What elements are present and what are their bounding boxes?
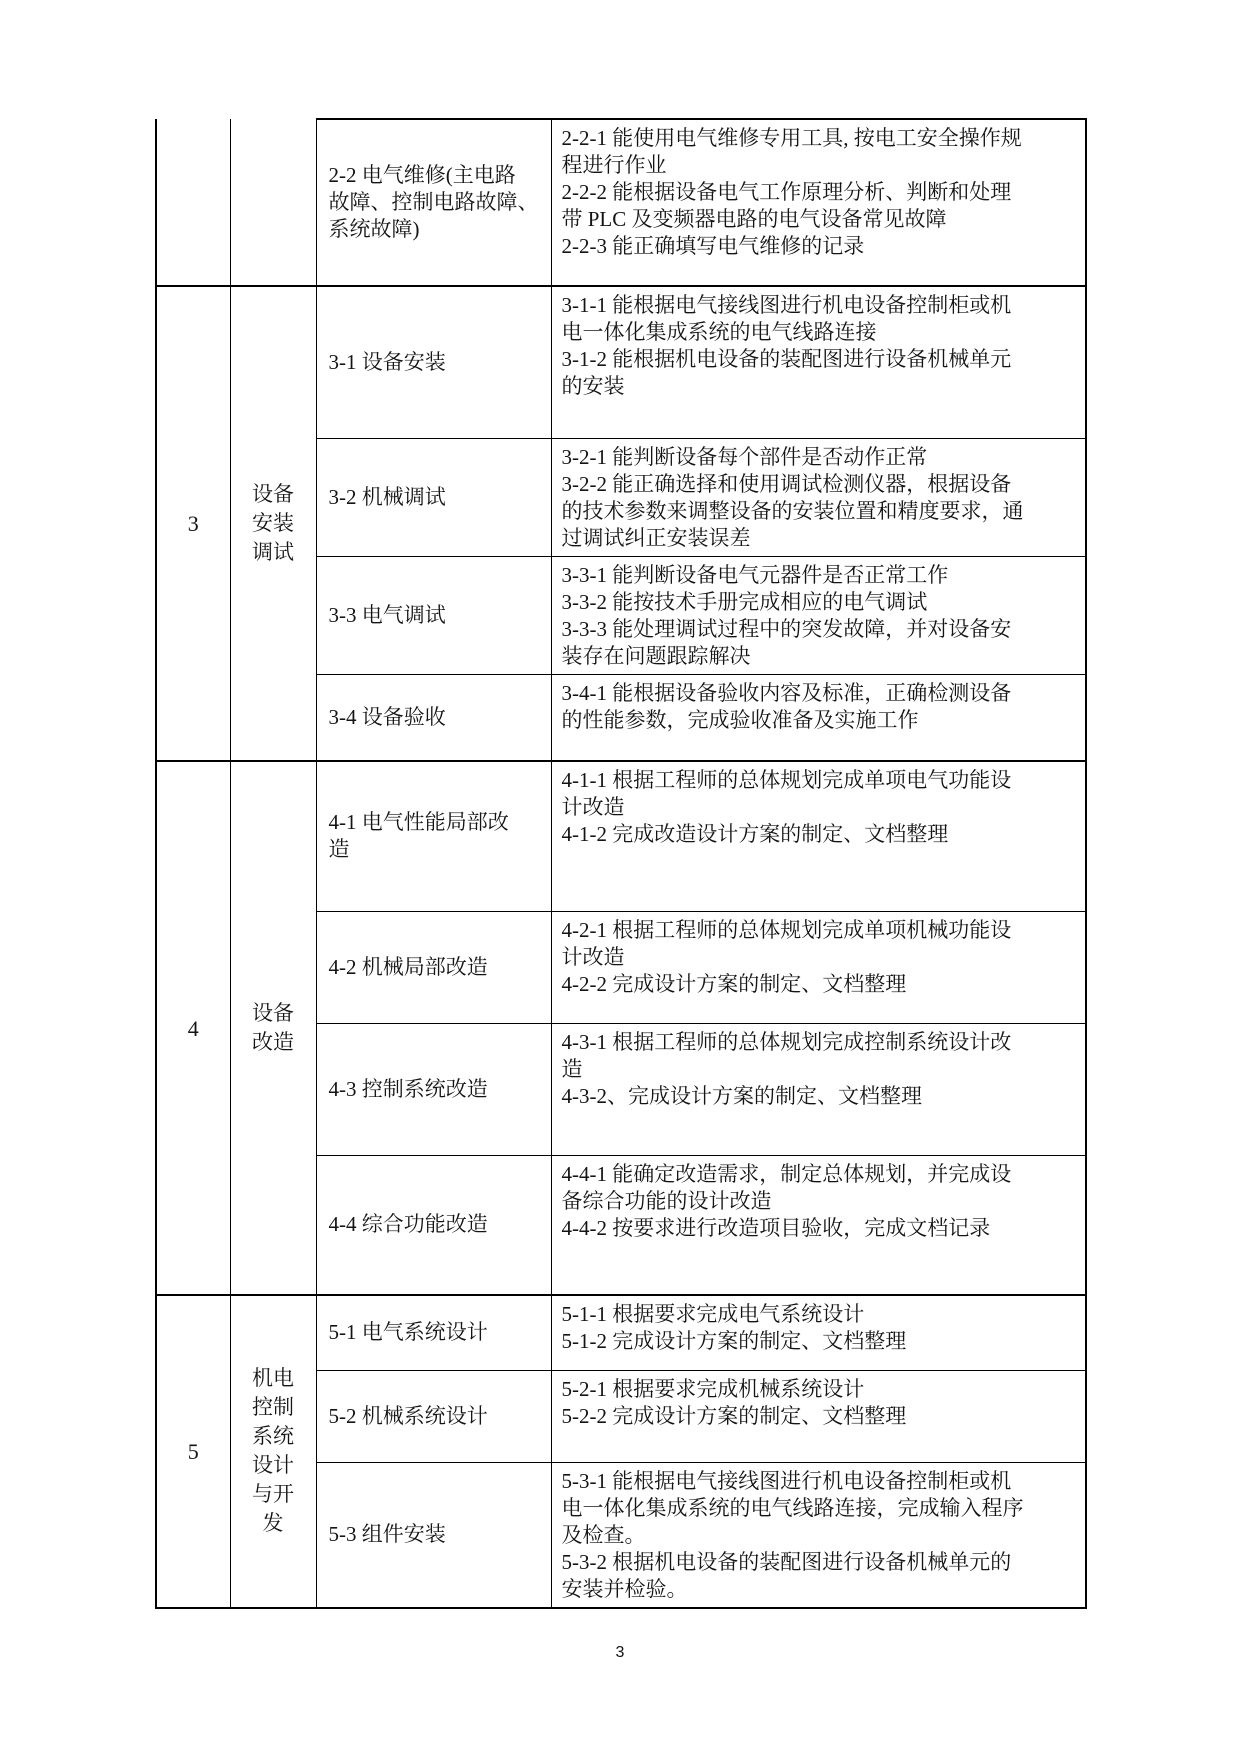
task-cell: 5-2 机械系统设计 <box>316 1370 551 1462</box>
skills-cell: 5-3-1 能根据电气接线图进行机电设备控制柜或机 电一体化集成系统的电气线路连… <box>551 1462 1086 1608</box>
skills-cell: 4-2-1 根据工程师的总体规划完成单项机械功能设 计改造 4-2-2 完成设计… <box>551 911 1086 1023</box>
document-page: 2-2 电气维修(主电路 故障、控制电路故障、 系统故障) 2-2-1 能使用电… <box>0 0 1240 1754</box>
page-number: 3 <box>0 1644 1240 1662</box>
task-cell: 3-4 设备验收 <box>316 674 551 761</box>
skills-cell: 3-1-1 能根据电气接线图进行机电设备控制柜或机 电一体化集成系统的电气线路连… <box>551 286 1086 438</box>
skills-cell: 4-4-1 能确定改造需求，制定总体规划，并完成设 备综合功能的设计改造 4-4… <box>551 1155 1086 1295</box>
skills-cell: 4-1-1 根据工程师的总体规划完成单项电气功能设 计改造 4-1-2 完成改造… <box>551 761 1086 911</box>
task-cell: 3-1 设备安装 <box>316 286 551 438</box>
skills-cell: 5-1-1 根据要求完成电气系统设计 5-1-2 完成设计方案的制定、文档整理 <box>551 1295 1086 1370</box>
task-cell: 5-1 电气系统设计 <box>316 1295 551 1370</box>
skills-cell: 3-2-1 能判断设备每个部件是否动作正常 3-2-2 能正确选择和使用调试检测… <box>551 438 1086 556</box>
task-cell: 2-2 电气维修(主电路 故障、控制电路故障、 系统故障) <box>316 119 551 286</box>
task-cell: 4-1 电气性能局部改 造 <box>316 761 551 911</box>
table-row: 3 设备 安装 调试 3-1 设备安装 3-1-1 能根据电气接线图进行机电设备… <box>156 286 1086 438</box>
task-cell: 4-3 控制系统改造 <box>316 1023 551 1155</box>
skills-cell: 3-4-1 能根据设备验收内容及标准，正确检测设备 的性能参数，完成验收准备及实… <box>551 674 1086 761</box>
section-function: 设备 改造 <box>230 761 316 1295</box>
task-cell: 4-4 综合功能改造 <box>316 1155 551 1295</box>
skills-cell: 5-2-1 根据要求完成机械系统设计 5-2-2 完成设计方案的制定、文档整理 <box>551 1370 1086 1462</box>
table-row: 5 机电 控制 系统 设计 与开 发 5-1 电气系统设计 5-1-1 根据要求… <box>156 1295 1086 1370</box>
table-row: 2-2 电气维修(主电路 故障、控制电路故障、 系统故障) 2-2-1 能使用电… <box>156 119 1086 286</box>
section-number: 3 <box>156 286 230 761</box>
skills-cell: 4-3-1 根据工程师的总体规划完成控制系统设计改 造 4-3-2、完成设计方案… <box>551 1023 1086 1155</box>
section-function: 机电 控制 系统 设计 与开 发 <box>230 1295 316 1608</box>
task-cell: 5-3 组件安装 <box>316 1462 551 1608</box>
task-cell: 3-3 电气调试 <box>316 556 551 674</box>
empty-cell <box>156 119 230 286</box>
task-cell: 4-2 机械局部改造 <box>316 911 551 1023</box>
task-cell: 3-2 机械调试 <box>316 438 551 556</box>
occupational-skills-table: 2-2 电气维修(主电路 故障、控制电路故障、 系统故障) 2-2-1 能使用电… <box>155 118 1087 1609</box>
skills-cell: 2-2-1 能使用电气维修专用工具, 按电工安全操作规 程进行作业 2-2-2 … <box>551 119 1086 286</box>
section-number: 5 <box>156 1295 230 1608</box>
skills-cell: 3-3-1 能判断设备电气元器件是否正常工作 3-3-2 能按技术手册完成相应的… <box>551 556 1086 674</box>
section-number: 4 <box>156 761 230 1295</box>
section-function: 设备 安装 调试 <box>230 286 316 761</box>
table-row: 4 设备 改造 4-1 电气性能局部改 造 4-1-1 根据工程师的总体规划完成… <box>156 761 1086 911</box>
empty-cell <box>230 119 316 286</box>
